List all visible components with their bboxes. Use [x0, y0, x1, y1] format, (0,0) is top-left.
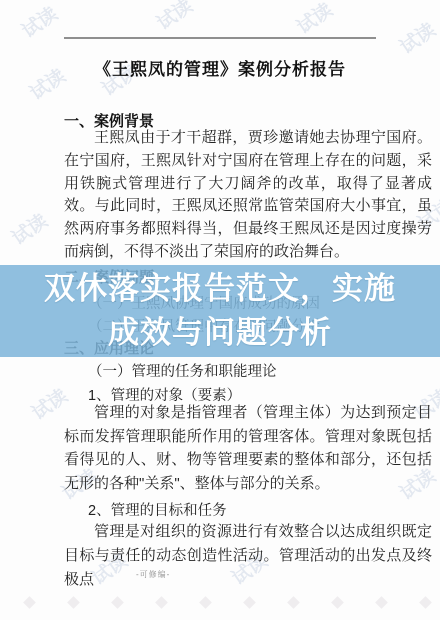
overlay-banner: 双休落实报告范文，实施 成效与问题分析 — [0, 265, 440, 357]
section3-point1-paragraph: 管理的对象是指管理者（管理主体）为达到预定目标而发挥管理职能所作用的管理客体。管… — [64, 401, 432, 495]
report-title: 《王熙凤的管理》案例分析报告 — [0, 55, 440, 80]
header-divider-line — [64, 37, 376, 39]
document-page: 试读 试读 试读 试读 试读 试读 试读 试读 试读 试读 试读 试读 试读 试… — [0, 0, 440, 620]
page-footer-note: -可修编- — [136, 569, 170, 580]
section1-paragraph: 王熙凤由于才干超群，贾珍邀请她去协理宁国府。在宁国府，王熙凤针对宁国府在管理上存… — [64, 127, 432, 264]
section3-point2-heading: 2、管理的目标和任务 — [88, 499, 227, 520]
section3-point2-paragraph: 管理是对组织的资源进行有效整合以达成组织既定目标与责任的动态创造性活动。管理活动… — [64, 520, 432, 592]
overlay-banner-line1: 双休落实报告范文，实施 — [44, 267, 396, 311]
overlay-banner-line2: 成效与问题分析 — [108, 311, 332, 355]
section3-sub1-heading: （一）管理的任务和职能理论 — [88, 360, 277, 381]
